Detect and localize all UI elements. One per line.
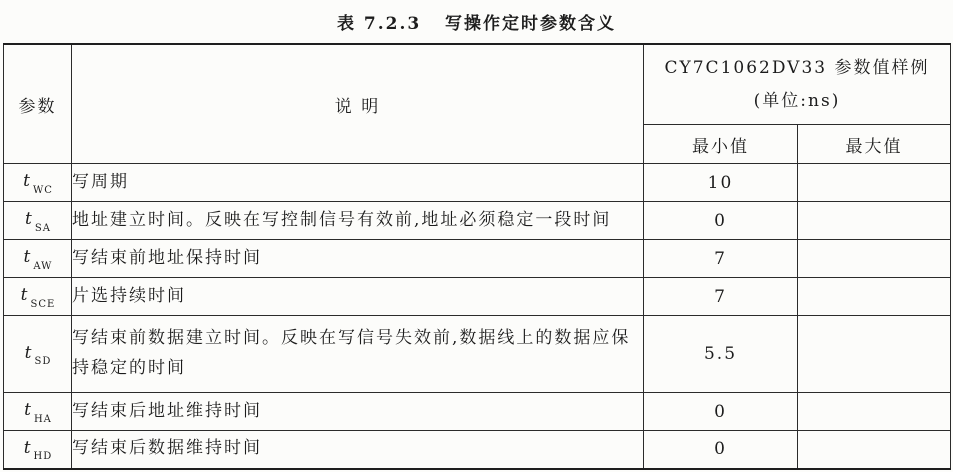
table-row: tHD 写结束后数据维持时间 0 (4, 431, 951, 469)
table-row: tSA 地址建立时间。反映在写控制信号有效前,地址必须稳定一段时间 0 (4, 202, 951, 240)
param-symbol-base: t (24, 247, 33, 267)
table-row: tSCE 片选持续时间 7 (4, 278, 951, 316)
max-value (798, 202, 951, 240)
max-value (798, 393, 951, 431)
scanned-document-page: 表 7.2.3 写操作定时参数含义 参数 说 明 CY7C1062DV33 参数… (0, 0, 953, 472)
param-symbol-subscript: HA (34, 414, 52, 425)
param-symbol: tHD (4, 431, 72, 469)
param-symbol: tSCE (4, 278, 72, 316)
param-symbol-base: t (21, 285, 30, 305)
param-symbol: tWC (4, 164, 72, 202)
sample-group-line2: (单位:ns) (644, 85, 950, 117)
column-header-sample-group: CY7C1062DV33 参数值样例 (单位:ns) (644, 44, 951, 125)
param-symbol: tHA (4, 393, 72, 431)
param-description: 地址建立时间。反映在写控制信号有效前,地址必须稳定一段时间 (72, 202, 644, 240)
max-value (798, 164, 951, 202)
sample-group-line1: CY7C1062DV33 参数值样例 (644, 52, 950, 84)
min-value: 0 (644, 431, 798, 469)
table-caption: 表 7.2.3 写操作定时参数含义 (0, 0, 953, 34)
max-value (798, 278, 951, 316)
param-symbol-subscript: SD (34, 356, 51, 367)
column-header-min: 最小值 (644, 125, 798, 164)
param-description: 写结束后数据维持时间 (72, 431, 644, 469)
table-row: tSD 写结束前数据建立时间。反映在写信号失效前,数据线上的数据应保持稳定的时间… (4, 316, 951, 393)
min-value: 7 (644, 278, 798, 316)
table-row: tWC 写周期 10 (4, 164, 951, 202)
param-symbol-subscript: HD (34, 451, 53, 462)
param-symbol-base: t (24, 400, 33, 420)
max-value (798, 316, 951, 393)
column-header-description: 说 明 (72, 44, 644, 164)
param-symbol-subscript: AW (33, 261, 52, 272)
param-symbol-subscript: SCE (31, 299, 56, 310)
param-symbol: tAW (4, 240, 72, 278)
param-symbol-base: t (23, 171, 32, 191)
min-value: 0 (644, 202, 798, 240)
param-symbol-subscript: SA (35, 223, 51, 234)
max-value (798, 240, 951, 278)
param-symbol-base: t (24, 438, 33, 458)
param-symbol-subscript: WC (33, 185, 53, 196)
param-description: 写结束后地址维持时间 (72, 393, 644, 431)
param-symbol-base: t (25, 343, 34, 363)
param-description: 写周期 (72, 164, 644, 202)
table-row: tAW 写结束前地址保持时间 7 (4, 240, 951, 278)
min-value: 7 (644, 240, 798, 278)
column-header-param: 参数 (4, 44, 72, 164)
min-value: 5.5 (644, 316, 798, 393)
param-description: 写结束前数据建立时间。反映在写信号失效前,数据线上的数据应保持稳定的时间 (72, 316, 644, 393)
param-symbol: tSD (4, 316, 72, 393)
param-description: 写结束前地址保持时间 (72, 240, 644, 278)
column-header-max: 最大值 (798, 125, 951, 164)
param-description: 片选持续时间 (72, 278, 644, 316)
max-value (798, 431, 951, 469)
timing-parameters-table: 参数 说 明 CY7C1062DV33 参数值样例 (单位:ns) 最小值 最大… (3, 43, 951, 470)
param-symbol: tSA (4, 202, 72, 240)
table-row: tHA 写结束后地址维持时间 0 (4, 393, 951, 431)
param-symbol-base: t (25, 209, 34, 229)
min-value: 10 (644, 164, 798, 202)
min-value: 0 (644, 393, 798, 431)
